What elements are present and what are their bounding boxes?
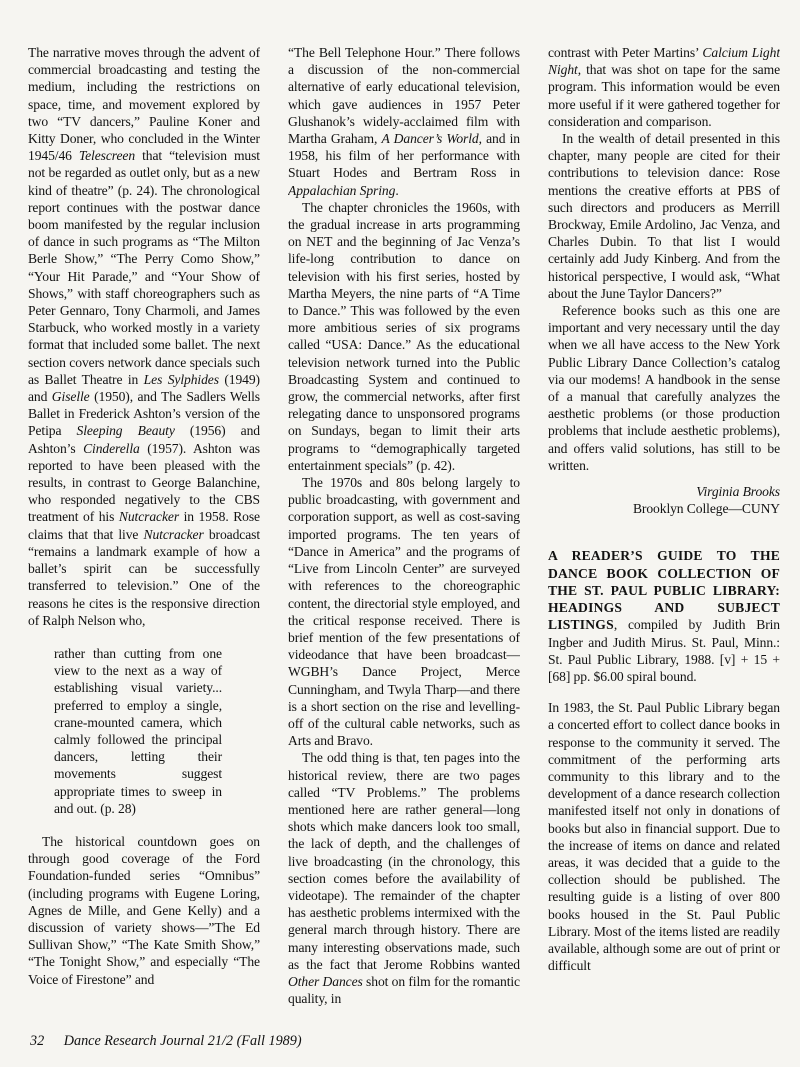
body-paragraph: contrast with Peter Martins’ Calcium Lig… [548, 44, 780, 130]
text-run: . [395, 183, 398, 198]
text-run: , that was shot on tape for the same pro… [548, 62, 780, 129]
italic-text: Telescreen [79, 148, 135, 163]
text-run: In the wealth of detail presented in thi… [548, 131, 780, 301]
text-run: The chapter chronicles the 1960s, with t… [288, 200, 520, 473]
journal-citation: Dance Research Journal 21/2 (Fall 1989) [64, 1033, 302, 1049]
italic-text: Other Dances [288, 974, 363, 989]
text-run: Reference books such as this one are imp… [548, 303, 780, 473]
italic-text: Nutcracker [119, 509, 179, 524]
body-paragraph: The chapter chronicles the 1960s, with t… [288, 199, 520, 474]
text-column-1: The narrative moves through the advent o… [28, 44, 260, 1028]
text-column-2: “The Bell Telephone Hour.” There follows… [288, 44, 520, 1028]
italic-text: Cinderella [83, 441, 140, 456]
text-run: The odd thing is that, ten pages into th… [288, 750, 520, 971]
text-run: The historical countdown goes on through… [28, 834, 260, 987]
body-paragraph: The historical countdown goes on through… [28, 833, 260, 988]
italic-text: Giselle [52, 389, 90, 404]
block-quote: rather than cutting from one view to the… [54, 645, 222, 817]
body-paragraph: Reference books such as this one are imp… [548, 302, 780, 474]
reviewer-affiliation: Brooklyn College—CUNY [548, 500, 780, 517]
text-run: contrast with Peter Martins’ [548, 45, 702, 60]
text-column-3: contrast with Peter Martins’ Calcium Lig… [548, 44, 780, 1028]
italic-text: Virginia Brooks [696, 484, 780, 499]
body-paragraph: The narrative moves through the advent o… [28, 44, 260, 629]
italic-text: Nutcracker [144, 527, 204, 542]
journal-page: The narrative moves through the advent o… [0, 0, 800, 1067]
italic-text: Sleeping Beauty [77, 423, 175, 438]
italic-text: A Dancer’s World [382, 131, 479, 146]
text-run: Brooklyn College—CUNY [633, 501, 780, 516]
page-number: 32 [30, 1033, 44, 1049]
text-run: The narrative moves through the advent o… [28, 45, 260, 163]
text-run: rather than cutting from one view to the… [54, 646, 222, 816]
reviewer-name: Virginia Brooks [548, 483, 780, 500]
text-run: The 1970s and 80s belong largely to publ… [288, 475, 520, 748]
page-footer: 32 Dance Research Journal 21/2 (Fall 198… [30, 1033, 302, 1050]
italic-text: Appalachian Spring [288, 183, 395, 198]
italic-text: Les Sylphides [144, 372, 219, 387]
text-columns: The narrative moves through the advent o… [28, 44, 780, 1028]
body-paragraph: The odd thing is that, ten pages into th… [288, 749, 520, 1007]
body-paragraph: In the wealth of detail presented in thi… [548, 130, 780, 302]
book-citation: A READER’S GUIDE TO THE DANCE BOOK COLLE… [548, 547, 780, 685]
text-run: that “television must not be regarded as… [28, 148, 260, 387]
body-paragraph: The 1970s and 80s belong largely to publ… [288, 474, 520, 749]
body-paragraph: “The Bell Telephone Hour.” There follows… [288, 44, 520, 199]
text-run: In 1983, the St. Paul Public Library beg… [548, 700, 780, 973]
body-paragraph: In 1983, the St. Paul Public Library beg… [548, 699, 780, 974]
